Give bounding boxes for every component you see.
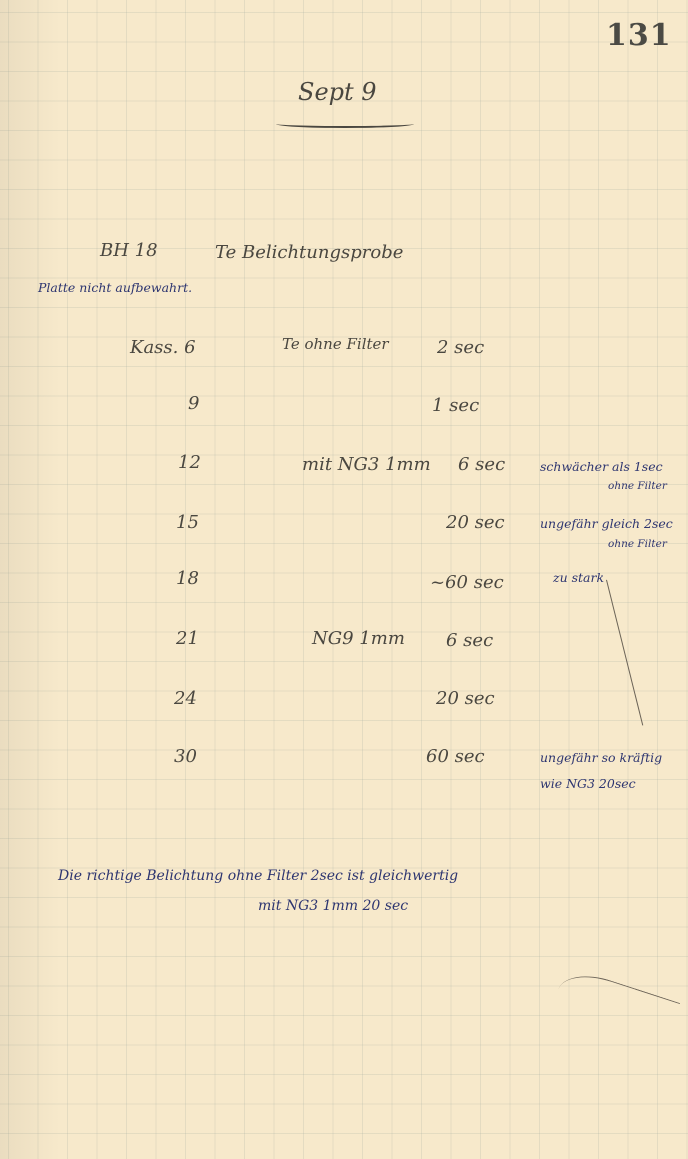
date-underline (276, 120, 414, 128)
plate-note: Platte nicht aufbewahrt. (38, 280, 192, 295)
page-number: 131 (606, 18, 672, 53)
stray-pencil-mark (606, 580, 643, 726)
entry-filter: Te ohne Filter (282, 335, 389, 353)
entry-exposure: 20 sec (446, 512, 505, 533)
plate-id: BH 18 (100, 240, 158, 261)
conclusion-line-2: mit NG3 1mm 20 sec (258, 898, 408, 914)
entry-exposure: 60 sec (426, 746, 485, 767)
stray-pencil-mark (547, 966, 680, 1061)
experiment-title: Te Belichtungsprobe (215, 242, 403, 263)
entry-filter: mit NG3 1mm (302, 454, 431, 475)
entry-comment: zu stark (553, 570, 604, 585)
entry-comment-continued: wie NG3 20sec (540, 776, 636, 791)
entry-position: 12 (178, 452, 201, 473)
entry-comment: schwächer als 1sec (540, 459, 663, 474)
entry-position: 24 (174, 688, 197, 709)
entry-exposure: 20 sec (436, 688, 495, 709)
entry-exposure: 6 sec (458, 454, 505, 475)
entry-exposure: 6 sec (446, 630, 493, 651)
entry-position: 30 (174, 746, 197, 767)
entry-comment-continued: ohne Filter (608, 480, 667, 492)
entry-exposure: 2 sec (437, 337, 484, 358)
entry-comment: ungefähr so kräftig (540, 750, 662, 765)
entry-position: 18 (176, 568, 199, 589)
entry-position: 21 (176, 628, 199, 649)
entry-exposure: 1 sec (432, 395, 479, 416)
conclusion-line-1: Die richtige Belichtung ohne Filter 2sec… (58, 868, 458, 884)
entry-exposure: ~60 sec (430, 572, 504, 593)
entry-filter: NG9 1mm (312, 628, 405, 649)
entry-date: Sept 9 (298, 78, 377, 106)
notebook-page: 131 Sept 9 BH 18 Te Belichtungsprobe Pla… (0, 0, 688, 1159)
entry-position: 15 (176, 512, 199, 533)
entry-comment-continued: ohne Filter (608, 538, 667, 550)
entry-comment: ungefähr gleich 2sec (540, 516, 673, 531)
entry-position: 9 (188, 393, 199, 414)
entry-position: Kass. 6 (130, 337, 196, 358)
